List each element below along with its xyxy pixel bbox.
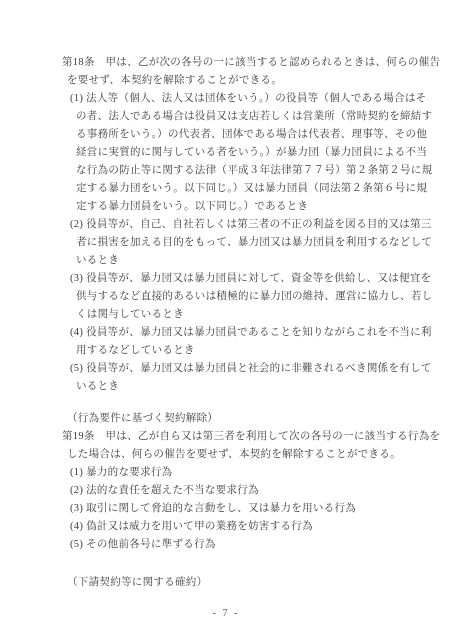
item-4-line: (4) 役員等が、暴力団又は暴力団員であることを知りながらこれを不当に利 xyxy=(70,324,434,342)
contract-line: 供与するなど直接的あるいは積極的に暴力団の維持、運営に協力し、若し xyxy=(76,288,434,306)
item-2-line: (2) 役員等が、自己、自社若しくは第三者の不正の利益を図る目的又は第三 xyxy=(70,216,434,234)
section-gap xyxy=(62,554,434,574)
contract-line: の者、法人である場合は役員又は支店若しくは営業所（常時契約を締結す xyxy=(76,108,434,126)
contract-line: いるとき xyxy=(76,252,434,270)
contract-line: る事務所をいう。）の代表者、団体である場合は代表者、理事等、その他 xyxy=(76,126,434,144)
article-18: 第18条 甲は、乙が次の各号の一に該当すると認められるときは、何らの催告 を要せ… xyxy=(62,54,434,396)
item-1-line: (1) 法人等（個人、法人又は団体をいう。）の役員等（個人である場合はそ xyxy=(70,90,434,108)
item-2-line: (2) 法的な責任を超えた不当な要求行為 xyxy=(70,482,434,500)
contract-line: 経営に実質的に関与している者をいう。）が暴力団（暴力団員による不当 xyxy=(76,144,434,162)
section-gap xyxy=(62,396,434,410)
item-3-line: (3) 役員等が、暴力団又は暴力団員に対して、資金等を供給し、又は便宜を xyxy=(70,270,434,288)
document-page: 第18条 甲は、乙が次の各号の一に該当すると認められるときは、何らの催告 を要せ… xyxy=(0,0,452,640)
article-19-head-line: 第19条 甲は、乙が自ら又は第三者を利用して次の各号の一に該当する行為を xyxy=(62,428,434,446)
contract-line: な行為の防止等に関する法律（平成３年法律第７７号）第２条第２号に規 xyxy=(76,162,434,180)
item-5-line: (5) その他前各号に準ずる行為 xyxy=(70,536,434,554)
contract-body: 第18条 甲は、乙が次の各号の一に該当すると認められるときは、何らの催告 を要せ… xyxy=(62,54,434,592)
contract-line: 定する暴力団員をいう。以下同じ。）であるとき xyxy=(76,198,434,216)
contract-line: した場合は、何らの催告を要せず、本契約を解除することができる。 xyxy=(67,446,434,464)
contract-line: 者に損害を加える目的をもって、暴力団又は暴力団員を利用するなどして xyxy=(76,234,434,252)
item-1-line: (1) 暴力的な要求行為 xyxy=(70,464,434,482)
contract-line: くは関与しているとき xyxy=(76,306,434,324)
section-heading-conduct: （行為要件に基づく契約解除） xyxy=(67,410,434,428)
contract-line: を要せず、本契約を解除することができる。 xyxy=(67,72,434,90)
page-number-footer: - 7 - xyxy=(0,608,452,619)
section-heading-subcontract: （下請契約等に関する確約） xyxy=(67,574,434,592)
item-5-line: (5) 役員等が、暴力団又は暴力団員と社会的に非難されるべき関係を有して xyxy=(70,360,434,378)
article-19: 第19条 甲は、乙が自ら又は第三者を利用して次の各号の一に該当する行為を した場… xyxy=(62,428,434,554)
contract-line: 用するなどしているとき xyxy=(76,342,434,360)
item-3-line: (3) 取引に関して脅迫的な言動をし、又は暴力を用いる行為 xyxy=(70,500,434,518)
article-18-head-line: 第18条 甲は、乙が次の各号の一に該当すると認められるときは、何らの催告 xyxy=(62,54,434,72)
item-4-line: (4) 偽計又は威力を用いて甲の業務を妨害する行為 xyxy=(70,518,434,536)
contract-line: 定する暴力団をいう。以下同じ。）又は暴力団員（同法第２条第６号に規 xyxy=(76,180,434,198)
contract-line: いるとき xyxy=(76,378,434,396)
